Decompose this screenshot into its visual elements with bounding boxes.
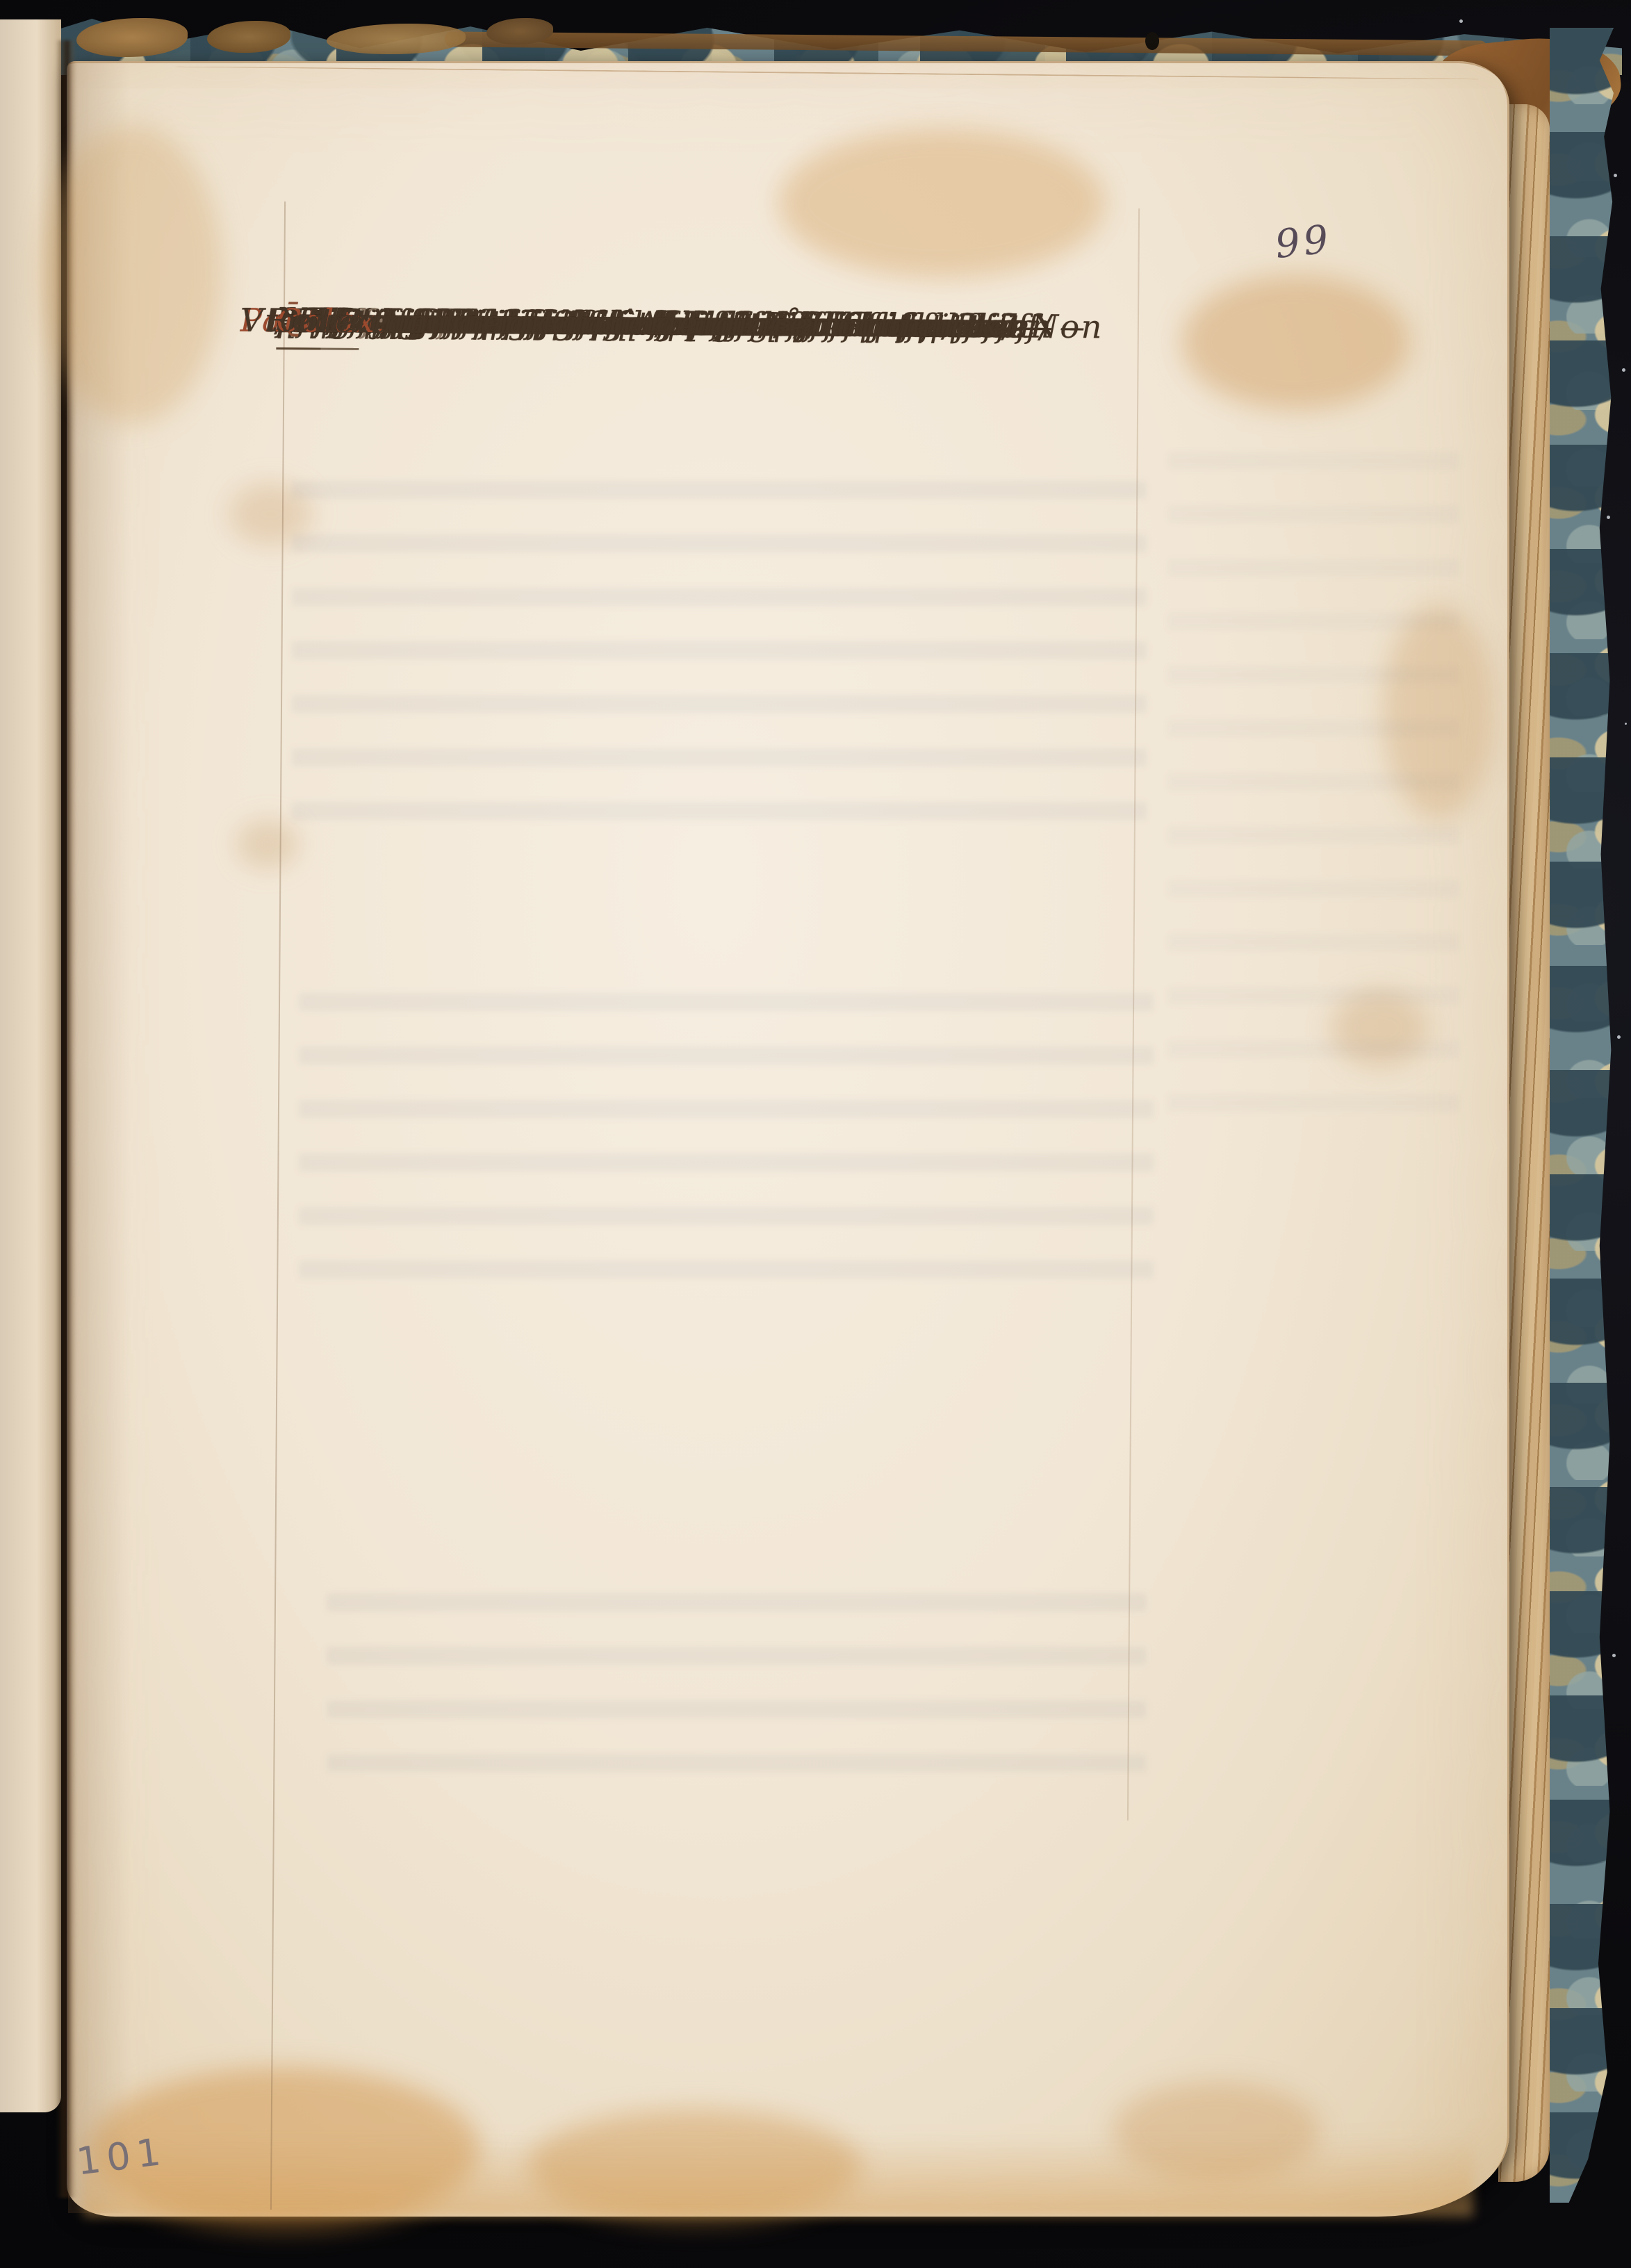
dust-speck [1622, 368, 1625, 372]
wormhole [1145, 32, 1159, 50]
ink-show-through [292, 459, 1147, 820]
dust-speck [1612, 1654, 1616, 1657]
dust-speck [1625, 723, 1627, 725]
dust-speck [1459, 19, 1463, 23]
dust-speck [1607, 516, 1610, 519]
ink-show-through [1167, 431, 1459, 1112]
ink-show-through [327, 1577, 1147, 1772]
dust-speck [1614, 174, 1617, 177]
stain [778, 129, 1105, 278]
book-cover-fore-edge [1550, 28, 1614, 2203]
stain [1181, 274, 1411, 410]
stain [236, 820, 299, 869]
manuscript-text-segment: Reuertamur igitur unde digreſſi ſumuſ. [266, 295, 981, 352]
ink-show-through [299, 966, 1154, 1279]
stain [42, 125, 222, 424]
bottom-edge-stain [83, 2137, 1473, 2217]
manuscript-line: Panto. Vt demiſſuſ homo fabulariſ: qui n… [240, 295, 240, 347]
dust-speck [1617, 1035, 1621, 1039]
manuscript-line: Reuertamur igitur unde digreſſi ſumuſ. [266, 295, 267, 347]
manuscript-photo: 99 101 eſt enim illa priſtina libertaſ/ … [0, 0, 1631, 2268]
folio-number-ink: 99 [1273, 217, 1334, 268]
